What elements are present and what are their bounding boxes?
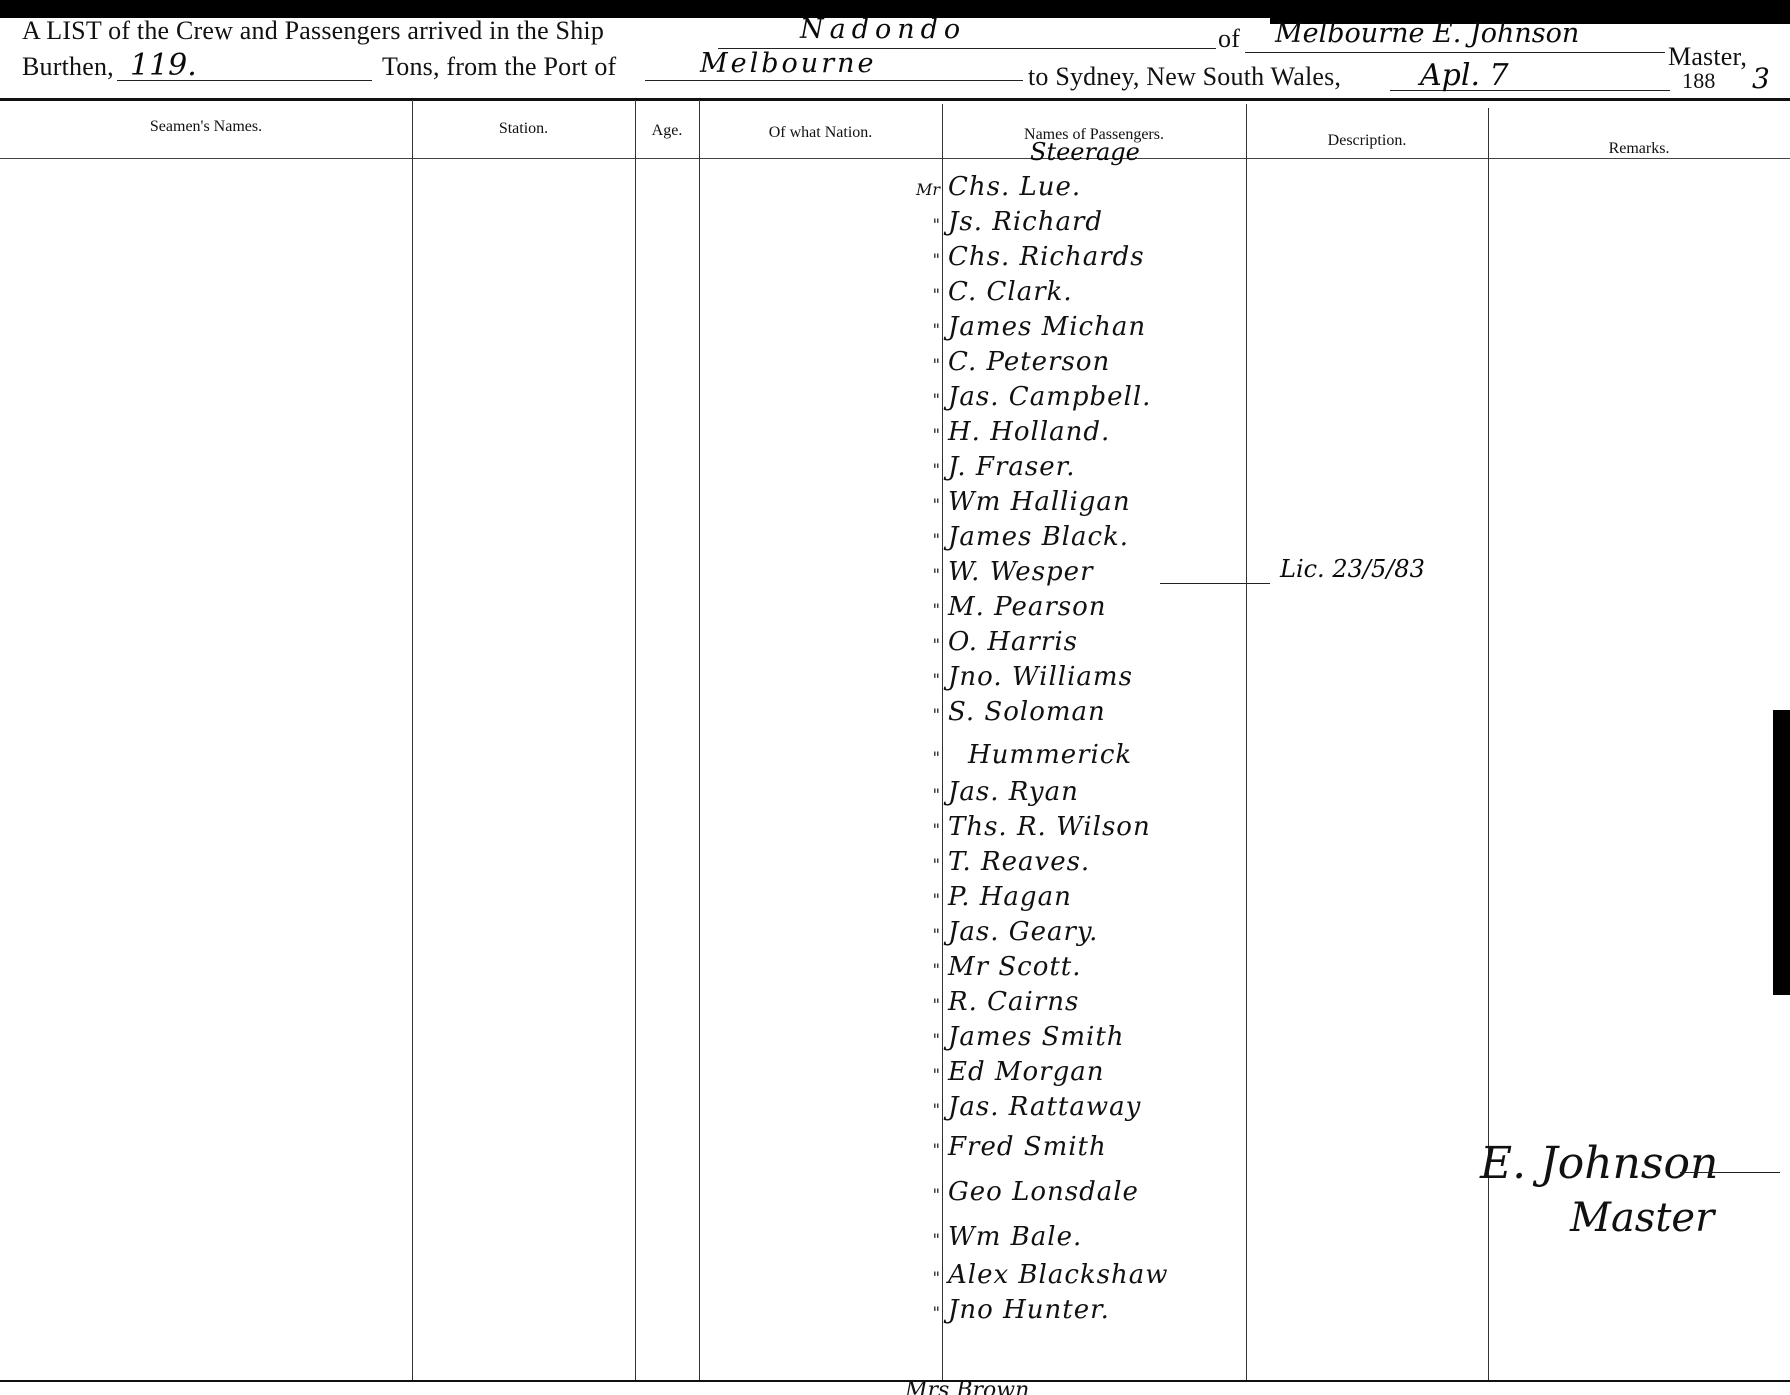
column-divider — [699, 100, 700, 1380]
passenger-name: P. Hagan — [948, 882, 1072, 912]
arrival-date: Apl. 7 — [1420, 58, 1509, 93]
of-label: of — [1218, 24, 1240, 54]
list-title: A LIST of the Crew and Passengers arrive… — [22, 16, 604, 46]
passenger-name: C. Peterson — [948, 347, 1110, 377]
from-port: Melbourne — [700, 48, 876, 79]
column-divider — [635, 100, 636, 1380]
passenger-name: H. Holland. — [948, 417, 1110, 447]
passenger-name: O. Harris — [948, 627, 1078, 657]
passenger-row: "Jno. Williams — [895, 662, 1133, 698]
passenger-name: T. Reaves. — [948, 847, 1090, 877]
passenger-name: S. Soloman — [948, 697, 1106, 727]
passenger-row: "Geo Lonsdale — [895, 1177, 1139, 1213]
passenger-row: MrChs. Lue. — [895, 172, 1081, 208]
passenger-row: "R. Cairns — [895, 987, 1079, 1023]
tons-label: Tons, from the Port of — [382, 52, 616, 82]
passenger-row: "P. Hagan — [895, 882, 1072, 918]
passenger-name: Hummerick — [948, 740, 1132, 770]
passenger-row: "Jas. Ryan — [895, 777, 1079, 813]
port-master-underline — [1245, 52, 1665, 53]
column-divider — [412, 100, 413, 1380]
passenger-name: Chs. Richards — [948, 242, 1145, 272]
from-port-underline — [645, 80, 1023, 81]
passenger-row: "James Black. — [895, 522, 1129, 558]
passenger-row: "T. Reaves. — [895, 847, 1090, 883]
master-title: Master — [1570, 1195, 1714, 1241]
passenger-row: "J. Fraser. — [895, 452, 1075, 488]
col-header-description: Description. — [1246, 132, 1488, 150]
passenger-name: J. Fraser. — [948, 452, 1075, 482]
passenger-name: James Michan — [948, 312, 1146, 342]
year-prefix: 188 — [1682, 68, 1716, 94]
passenger-name: Jas. Rattaway — [948, 1092, 1141, 1122]
passenger-row: "O. Harris — [895, 627, 1078, 663]
passenger-row: "Wm Halligan — [895, 487, 1131, 523]
passenger-name: James Black. — [948, 522, 1129, 552]
passenger-row: "Chs. Richards — [895, 242, 1145, 278]
bottom-rule — [0, 1380, 1790, 1382]
passenger-name: M. Pearson — [948, 592, 1107, 622]
passenger-name: R. Cairns — [948, 987, 1079, 1017]
passenger-row: "Fred Smith — [895, 1132, 1107, 1168]
col-header-seamen: Seamen's Names. — [0, 118, 412, 136]
passenger-name: James Smith — [948, 1022, 1125, 1052]
footer-scrawl: Mrs Brown — [905, 1378, 1029, 1395]
column-divider — [1488, 108, 1489, 1380]
year-suffix: 3 — [1752, 62, 1770, 95]
passenger-name: Js. Richard — [948, 207, 1103, 237]
passenger-row: "Js. Richard — [895, 207, 1103, 243]
col-header-remarks: Remarks. — [1488, 140, 1790, 158]
passenger-row: "Alex Blackshaw — [895, 1260, 1169, 1296]
passenger-row: "Jno Hunter. — [895, 1295, 1110, 1331]
passenger-row: "Wm Bale. — [895, 1222, 1082, 1258]
header-rule — [0, 98, 1790, 101]
passenger-name: Jno. Williams — [948, 662, 1133, 692]
passenger-row: "H. Holland. — [895, 417, 1110, 453]
passenger-row: "Jas. Geary. — [895, 917, 1098, 953]
passenger-row: "S. Soloman — [895, 697, 1106, 733]
passenger-name: Mr Scott. — [948, 952, 1082, 982]
passenger-name: Alex Blackshaw — [948, 1260, 1169, 1290]
passenger-row: "Mr Scott. — [895, 952, 1082, 988]
burthen-label: Burthen, — [22, 52, 114, 82]
passenger-name: Fred Smith — [948, 1132, 1107, 1162]
passenger-name: Jas. Geary. — [948, 917, 1098, 947]
passenger-name: Ths. R. Wilson — [948, 812, 1151, 842]
passenger-row: "W. Wesper — [895, 557, 1094, 593]
passenger-row: "Jas. Rattaway — [895, 1092, 1141, 1128]
ship-name: Nadondo — [800, 14, 966, 45]
passenger-row: "M. Pearson — [895, 592, 1107, 628]
column-header-rule — [0, 158, 1790, 159]
passenger-row: "Hummerick — [895, 740, 1132, 776]
passenger-name: Jno Hunter. — [948, 1295, 1110, 1325]
passenger-name: Ed Morgan — [948, 1057, 1104, 1087]
master-signature: E. Johnson — [1480, 1138, 1718, 1189]
passenger-name: W. Wesper — [948, 557, 1094, 587]
column-divider — [1246, 104, 1247, 1380]
passenger-row: "James Smith — [895, 1022, 1125, 1058]
passenger-name: Jas. Campbell. — [948, 382, 1151, 412]
passenger-row: "Ths. R. Wilson — [895, 812, 1151, 848]
passenger-name: Jas. Ryan — [948, 777, 1079, 807]
passenger-name: C. Clark. — [948, 277, 1073, 307]
col-header-age: Age. — [635, 122, 699, 140]
passenger-name: Chs. Lue. — [948, 172, 1081, 202]
passenger-name: Wm Halligan — [948, 487, 1131, 517]
passenger-name: Geo Lonsdale — [948, 1177, 1139, 1207]
col-header-station: Station. — [412, 120, 635, 138]
passenger-row: "James Michan — [895, 312, 1146, 348]
master-name: Melbourne E. Johnson — [1275, 18, 1579, 49]
steerage-label: Steerage — [1030, 138, 1140, 166]
passenger-name: Wm Bale. — [948, 1222, 1082, 1252]
passenger-row: "Ed Morgan — [895, 1057, 1104, 1093]
col-header-nation: Of what Nation. — [699, 124, 942, 142]
to-sydney-label: to Sydney, New South Wales, — [1028, 62, 1341, 92]
description-connector-line — [1160, 583, 1270, 584]
description-note: Lic. 23/5/83 — [1280, 555, 1425, 583]
scan-edge-artefact — [1773, 710, 1790, 995]
signature-flourish — [1680, 1172, 1780, 1173]
burthen-value: 119. — [130, 48, 197, 83]
passenger-row: "C. Clark. — [895, 277, 1073, 313]
passenger-row: "Jas. Campbell. — [895, 382, 1151, 418]
passenger-row: "C. Peterson — [895, 347, 1110, 383]
